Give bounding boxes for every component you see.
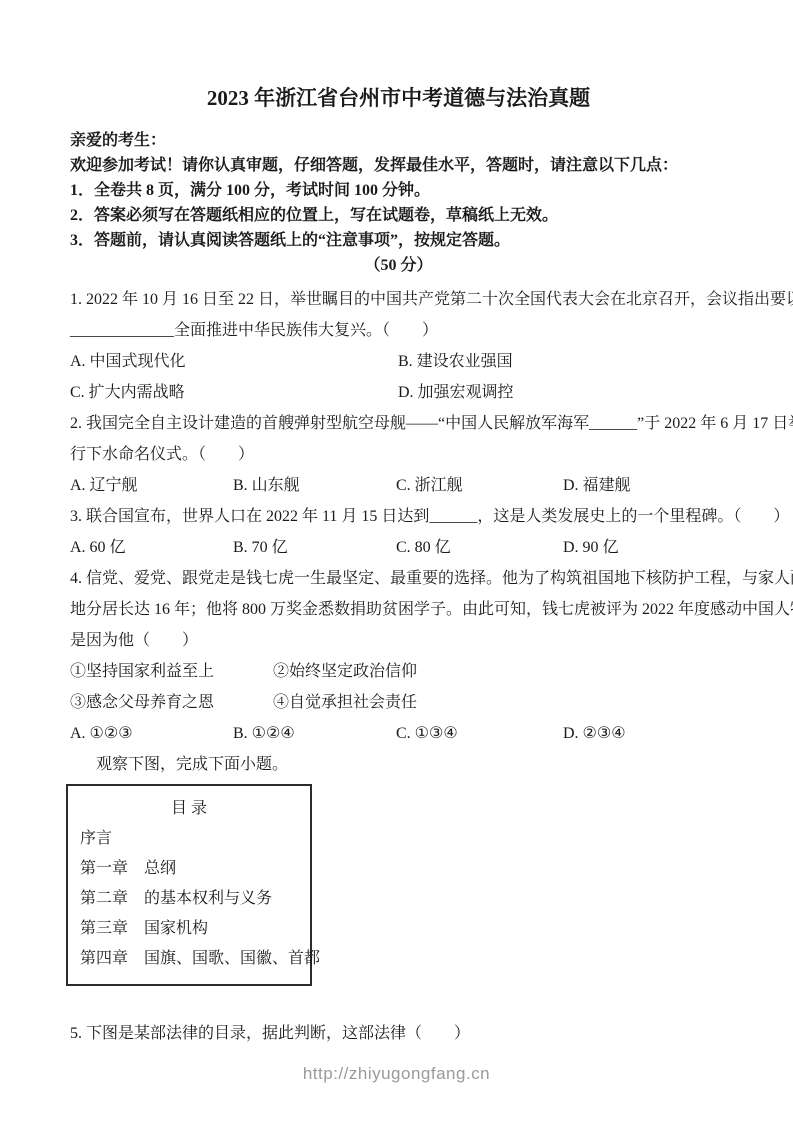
question-1-options-row-2: C. 扩大内需战略 D. 加强宏观调控 xyxy=(70,377,727,408)
toc-row-preface: 序言 xyxy=(80,824,298,854)
option-a: A. 60 亿 xyxy=(70,532,233,563)
question-4-text-line-2: 地分居长达 16 年；他将 800 万奖金悉数捐助贫困学子。由此可知，钱七虎被评… xyxy=(70,594,727,625)
item-3: ③感念父母养育之恩 xyxy=(70,687,273,718)
question-3-options-row: A. 60 亿 B. 70 亿 C. 80 亿 D. 90 亿 xyxy=(70,532,727,563)
question-1: 1. 2022 年 10 月 16 日至 22 日，举世瞩目的中国共产党第二十次… xyxy=(70,284,727,408)
question-2: 2. 我国完全自主设计建造的首艘弹射型航空母舰——“中国人民解放军海军_____… xyxy=(70,408,727,501)
toc-row-chapter-3: 第三章 国家机构 xyxy=(80,914,298,944)
option-c: C. ①③④ xyxy=(396,718,563,749)
instruction-note-3: 3．答题前，请认真阅读答题纸上的“注意事项”，按规定答题。 xyxy=(70,228,727,253)
toc-row-chapter-1: 第一章 总纲 xyxy=(80,854,298,884)
option-b: B. 山东舰 xyxy=(233,470,396,501)
question-1-text-line-1: 1. 2022 年 10 月 16 日至 22 日，举世瞩目的中国共产党第二十次… xyxy=(70,284,727,315)
question-4-text-line-1: 4. 信党、爱党、跟党走是钱七虎一生最坚定、最重要的选择。他为了构筑祖国地下核防… xyxy=(70,563,727,594)
question-3-text-line-1: 3. 联合国宣布，世界人口在 2022 年 11 月 15 日达到______，… xyxy=(70,501,727,532)
option-d: D. 加强宏观调控 xyxy=(398,377,727,408)
observe-instruction: 观察下图，完成下面小题。 xyxy=(70,749,727,780)
option-d: D. 福建舰 xyxy=(563,470,727,501)
option-b: B. 70 亿 xyxy=(233,532,396,563)
question-4-items-row-2: ③感念父母养育之恩 ④自觉承担社会责任 xyxy=(70,687,727,718)
option-c: C. 浙江舰 xyxy=(396,470,563,501)
page-title: 2023 年浙江省台州市中考道德与法治真题 xyxy=(70,84,727,112)
toc-title: 目 录 xyxy=(80,794,298,824)
question-2-text-line-1: 2. 我国完全自主设计建造的首艘弹射型航空母舰——“中国人民解放军海军_____… xyxy=(70,408,727,439)
question-3: 3. 联合国宣布，世界人口在 2022 年 11 月 15 日达到______，… xyxy=(70,501,727,563)
option-d: D. 90 亿 xyxy=(563,532,727,563)
item-4: ④自觉承担社会责任 xyxy=(273,687,727,718)
toc-row-chapter-2: 第二章 的基本权利与义务 xyxy=(80,884,298,914)
question-1-text-line-2: _____________全面推进中华民族伟大复兴。（ ） xyxy=(70,315,727,346)
question-4-items-row-1: ①坚持国家利益至上 ②始终坚定政治信仰 xyxy=(70,656,727,687)
site-watermark: http://zhiyugongfang.cn xyxy=(0,1064,793,1084)
option-a: A. ①②③ xyxy=(70,718,233,749)
law-toc-figure: 目 录 序言 第一章 总纲 第二章 的基本权利与义务 第三章 国家机构 第四章 … xyxy=(66,784,312,986)
toc-row-chapter-4: 第四章 国旗、国歌、国徽、首都 xyxy=(80,944,298,974)
question-2-text-line-2: 行下水命名仪式。（ ） xyxy=(70,439,727,470)
question-4: 4. 信党、爱党、跟党走是钱七虎一生最坚定、最重要的选择。他为了构筑祖国地下核防… xyxy=(70,563,727,749)
question-1-options-row-1: A. 中国式现代化 B. 建设农业强国 xyxy=(70,346,727,377)
item-1: ①坚持国家利益至上 xyxy=(70,656,273,687)
exam-paper-page: 2023 年浙江省台州市中考道德与法治真题 亲爱的考生： 欢迎参加考试！请你认真… xyxy=(0,0,793,1122)
question-5-text-line-1: 5. 下图是某部法律的目录，据此判断，这部法律（ ） xyxy=(70,1018,727,1049)
exam-instructions: 亲爱的考生： 欢迎参加考试！请你认真审题，仔细答题，发挥最佳水平，答题时，请注意… xyxy=(70,128,727,253)
question-5: 5. 下图是某部法律的目录，据此判断，这部法律（ ） xyxy=(70,1018,727,1049)
question-4-text-line-3: 是因为他（ ） xyxy=(70,625,727,656)
instruction-note-2: 2．答案必须写在答题纸相应的位置上，写在试题卷，草稿纸上无效。 xyxy=(70,203,727,228)
option-c: C. 80 亿 xyxy=(396,532,563,563)
option-a: A. 中国式现代化 xyxy=(70,346,398,377)
section-score: （50 分） xyxy=(70,253,727,278)
item-2: ②始终坚定政治信仰 xyxy=(273,656,727,687)
option-d: D. ②③④ xyxy=(563,718,727,749)
welcome-line: 欢迎参加考试！请你认真审题，仔细答题，发挥最佳水平，答题时，请注意以下几点： xyxy=(70,153,727,178)
option-b: B. ①②④ xyxy=(233,718,396,749)
option-b: B. 建设农业强国 xyxy=(398,346,727,377)
question-2-options-row: A. 辽宁舰 B. 山东舰 C. 浙江舰 D. 福建舰 xyxy=(70,470,727,501)
option-a: A. 辽宁舰 xyxy=(70,470,233,501)
question-4-options-row: A. ①②③ B. ①②④ C. ①③④ D. ②③④ xyxy=(70,718,727,749)
option-c: C. 扩大内需战略 xyxy=(70,377,398,408)
instruction-note-1: 1．全卷共 8 页，满分 100 分，考试时间 100 分钟。 xyxy=(70,178,727,203)
salutation-line: 亲爱的考生： xyxy=(70,128,727,153)
